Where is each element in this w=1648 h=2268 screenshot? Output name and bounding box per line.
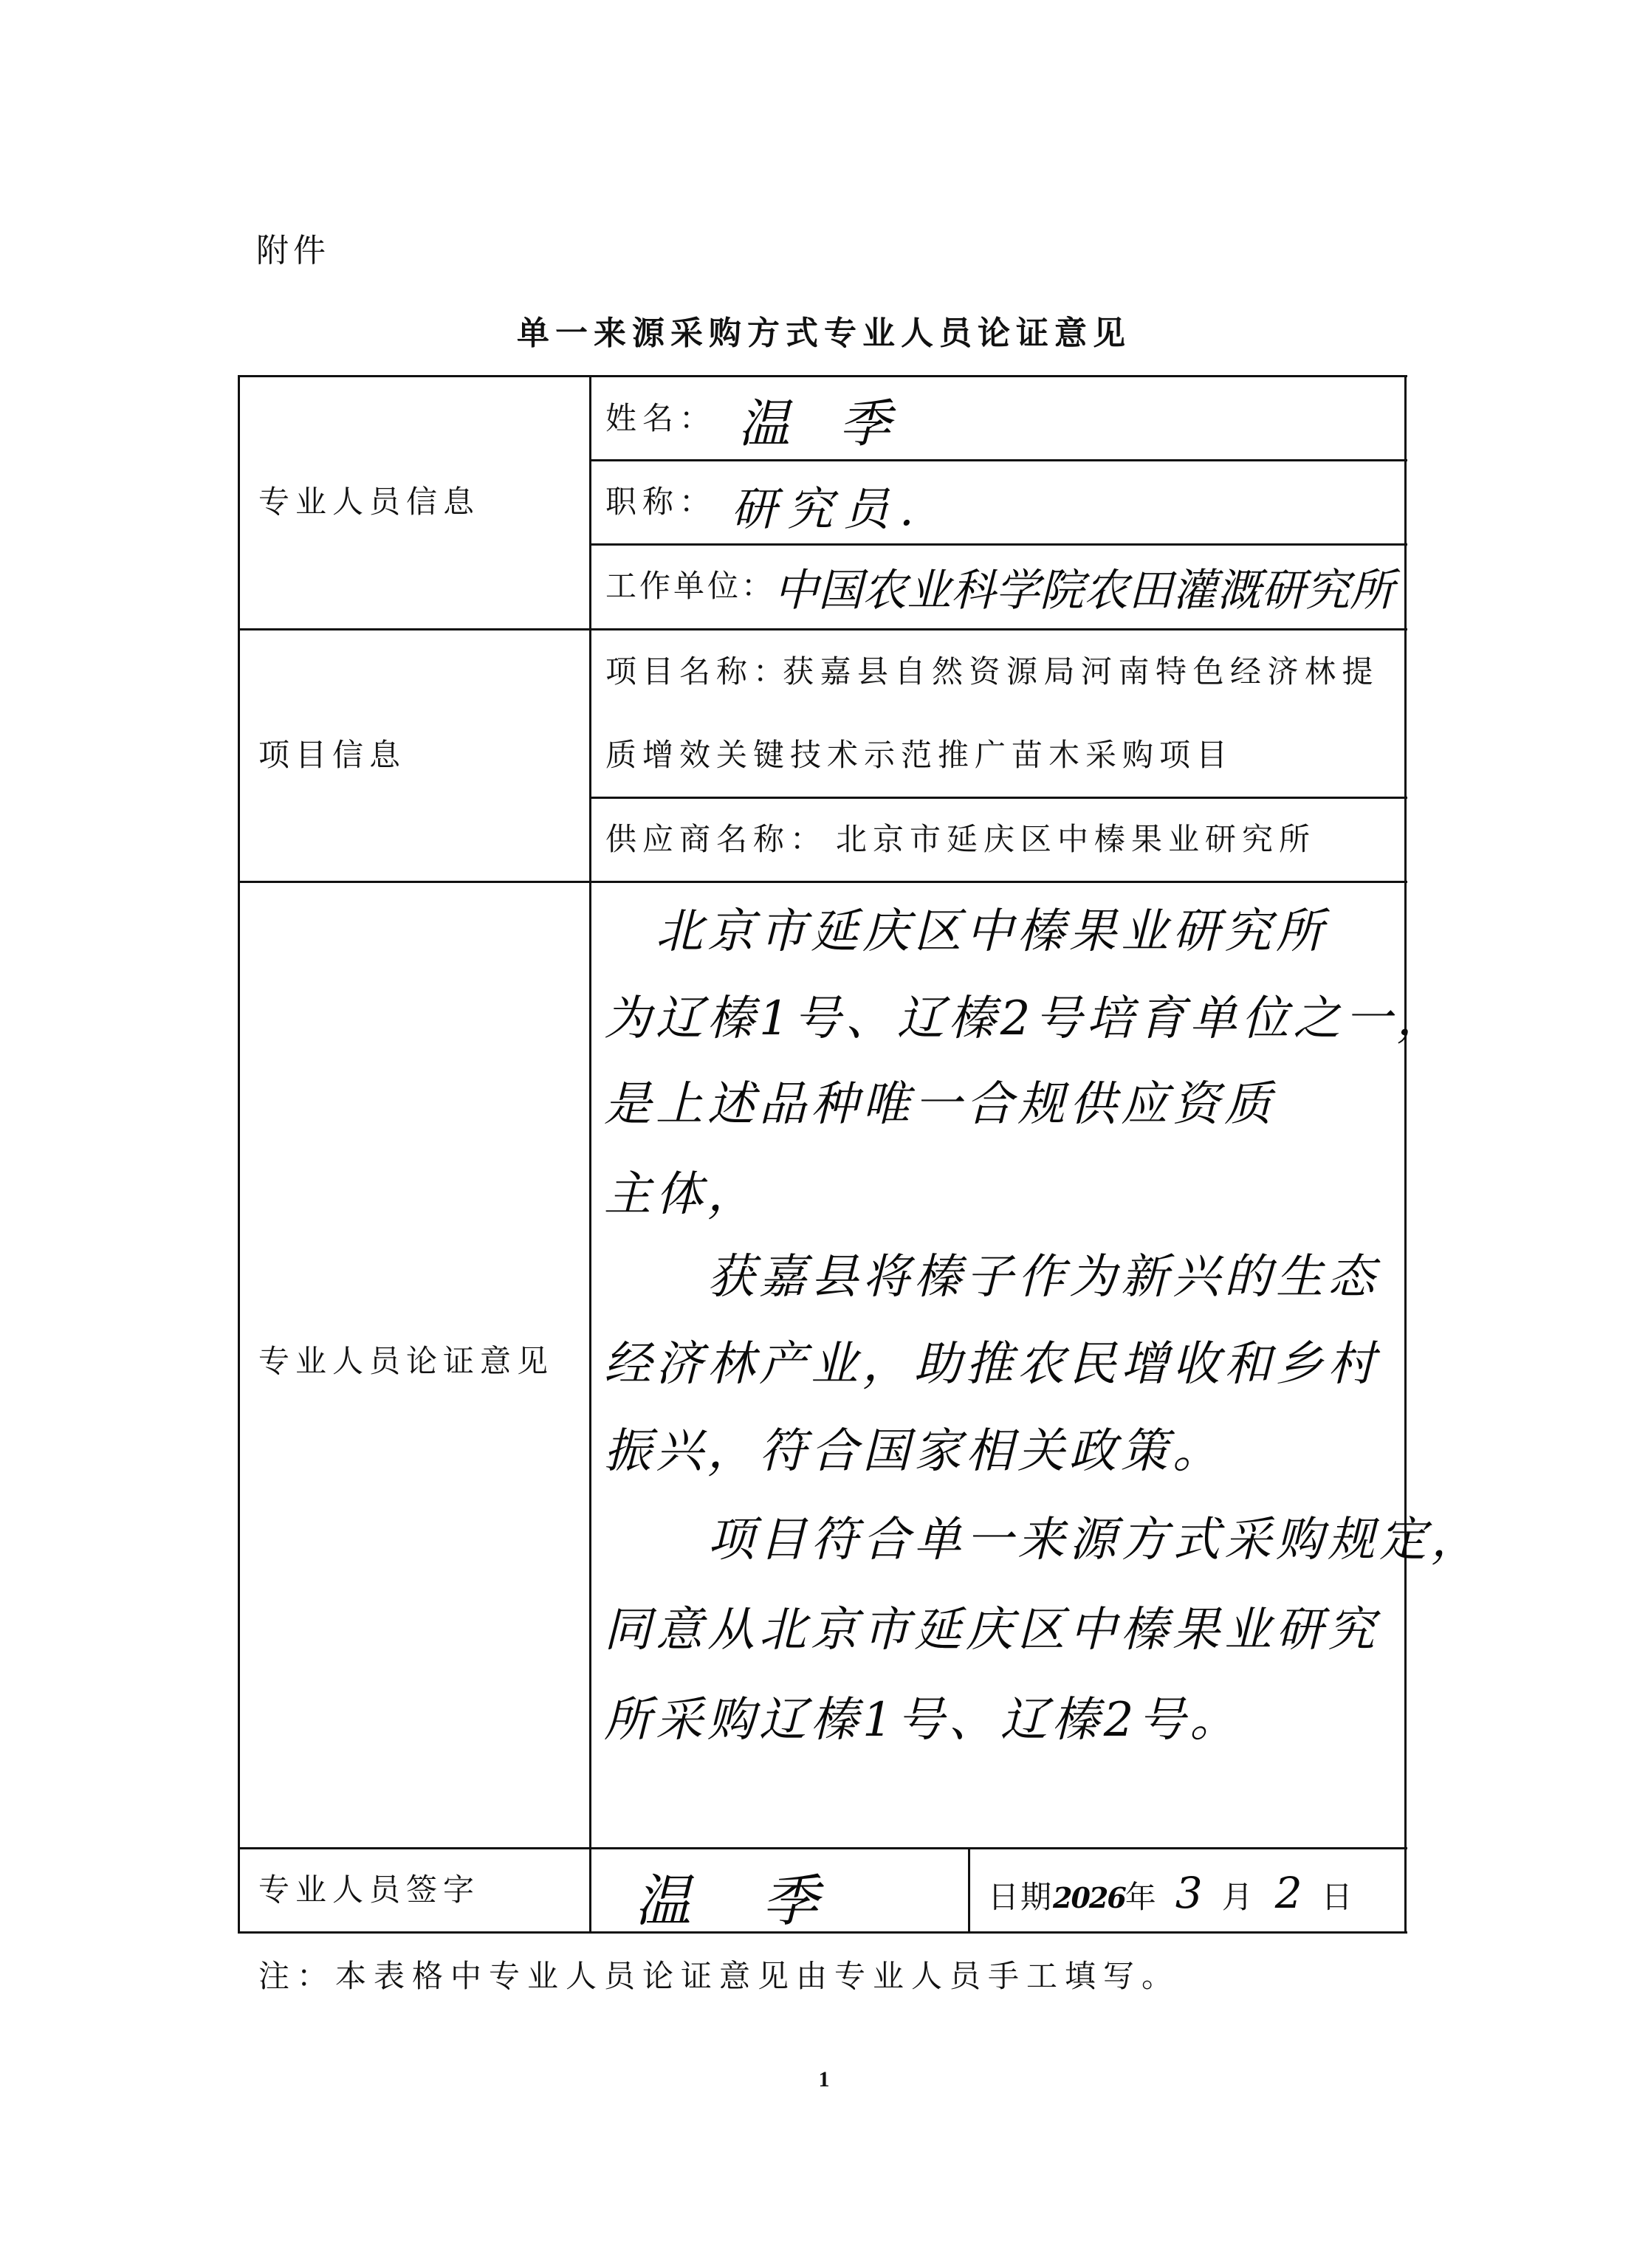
opinion-line: 项目符合单一来源方式采购规定，	[604, 1511, 1483, 1570]
project-name-line1: 获嘉县自然资源局河南特色经济林提	[783, 653, 1379, 691]
year-suffix: 年	[1125, 1879, 1162, 1915]
divider-project-supplier	[590, 797, 1407, 799]
supplier-value: 北京市延庆区中榛果业研究所	[836, 820, 1316, 859]
column-divider	[589, 375, 591, 1934]
footnote: 注：本表格中专业人员论证意见由专业人员手工填写。	[258, 1956, 1180, 1996]
title-value: 研究员.	[731, 472, 924, 538]
attachment-label: 附件	[256, 230, 330, 272]
opinion-line: 经济林产业，助推农民增收和乡村	[604, 1335, 1379, 1394]
date-cell-divider	[968, 1847, 970, 1934]
section-label-opinion: 专业人员论证意见	[258, 1342, 554, 1381]
title-label: 职称：	[605, 483, 716, 521]
divider-project-opinion	[238, 881, 1407, 883]
employer-label: 工作单位：	[605, 567, 775, 605]
opinion-line: 获嘉县将榛子作为新兴的生态	[604, 1248, 1379, 1307]
day-suffix: 日	[1322, 1879, 1359, 1915]
date-year: 2026	[1053, 1881, 1125, 1914]
section-label-project-info: 项目信息	[258, 736, 406, 774]
opinion-line: 同意从北京市延庆区中榛果业研究	[604, 1601, 1379, 1660]
supplier-label: 供应商名称：	[605, 820, 827, 859]
table-border-top	[238, 375, 1407, 377]
month-suffix: 月	[1222, 1879, 1259, 1915]
project-name-label: 项目名称：	[605, 653, 790, 691]
opinion-line: 是上述品种唯一合规供应资质	[604, 1075, 1276, 1134]
date-label: 日期	[988, 1879, 1053, 1915]
opinion-line: 为辽榛1号、辽榛2号培育单位之一，	[604, 989, 1448, 1048]
date-month: 3	[1175, 1868, 1203, 1918]
section-label-personnel-info: 专业人员信息	[258, 483, 480, 521]
name-value: 温 季	[738, 382, 907, 457]
employer-value: 中国农业科学院农田灌溉研究所	[774, 555, 1394, 619]
opinion-line: 北京市延庆区中榛果业研究所	[604, 902, 1328, 961]
divider-personnel-project	[238, 628, 1407, 630]
name-label: 姓名：	[605, 399, 716, 438]
page-number: 1	[0, 2067, 1648, 2092]
date-day: 2	[1275, 1868, 1302, 1918]
opinion-line: 振兴，符合国家相关政策。	[604, 1422, 1224, 1481]
table-border-left	[238, 375, 240, 1934]
divider-name-title	[590, 459, 1407, 461]
divider-title-employer	[590, 543, 1407, 546]
signature-label: 专业人员签字	[258, 1871, 480, 1909]
divider-opinion-signature	[238, 1847, 1407, 1849]
document-title: 单一来源采购方式专业人员论证意见	[0, 313, 1648, 354]
opinion-line: 所采购辽榛1号、辽榛2号。	[604, 1691, 1241, 1750]
project-name-line2: 质增效关键技术示范推广苗木采购项目	[605, 736, 1233, 774]
signature-value: 温 季	[635, 1856, 845, 1937]
opinion-line: 主体，	[604, 1165, 759, 1224]
table-border-right	[1404, 375, 1407, 1934]
date-field: 日期2026年3月2日	[988, 1868, 1359, 1918]
